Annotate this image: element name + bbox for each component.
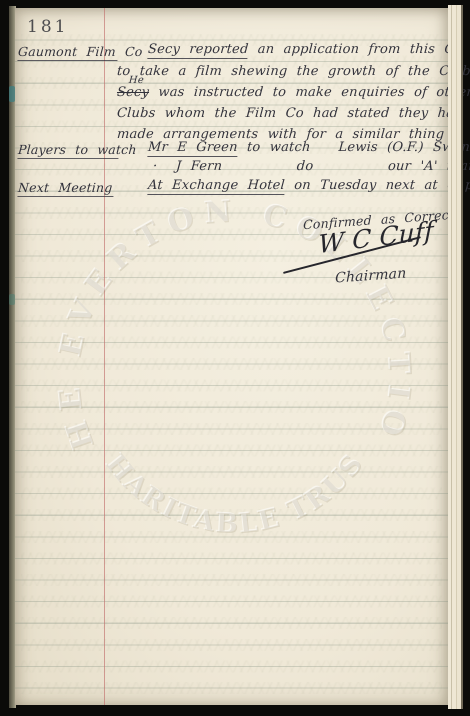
minute-book-page: THE EVERTON COLLECTION THE EVERTON COLLE… — [15, 8, 448, 705]
margin-heading-players-to-watch: Players to watch — [17, 142, 119, 159]
red-margin-line — [104, 8, 105, 705]
minute-line-text: on Tuesday next at 6 pm — [284, 178, 470, 193]
struck-word: Secy — [116, 85, 149, 100]
folio-number: 181 — [27, 17, 68, 37]
minute-line: · J Fern do our 'A' team v Rest of Lge — [152, 159, 470, 174]
minute-line: SecyHe was instructed to make enquiries … — [116, 85, 470, 100]
minute-line-text: to watch Lewis (O.F.) Swansea Town — [237, 140, 470, 155]
minute-line: At Exchange Hotel on Tuesday next at 6 p… — [147, 178, 470, 193]
ruled-lines — [15, 19, 448, 705]
page-edges — [448, 5, 463, 709]
underlined-phrase: At Exchange Hotel — [147, 178, 285, 195]
chairman-role-label: Chairman — [335, 265, 406, 286]
minute-line: Clubs whom the Film Co had stated they h… — [116, 106, 463, 121]
photographed-minute-book: THE EVERTON COLLECTION THE EVERTON COLLE… — [0, 0, 470, 716]
minute-line-text: an application from this Co — [248, 42, 463, 57]
margin-heading-next-meeting: Next Meeting — [17, 180, 114, 197]
minute-line: to take a film shewing the growth of the… — [116, 64, 470, 79]
underlined-phrase: Mr E Green — [147, 140, 238, 157]
underlined-phrase: Secy reported — [147, 42, 249, 59]
correction: SecyHe — [116, 85, 149, 100]
minute-line: Secy reported an application from this C… — [147, 42, 463, 57]
inserted-word: He — [128, 75, 144, 86]
minute-line: Mr E Green to watch Lewis (O.F.) Swansea… — [147, 140, 470, 155]
margin-heading-gaumont-film-co: Gaumont Film Co — [17, 44, 118, 61]
minute-line-text: was instructed to make enquiries of othe… — [149, 85, 470, 100]
